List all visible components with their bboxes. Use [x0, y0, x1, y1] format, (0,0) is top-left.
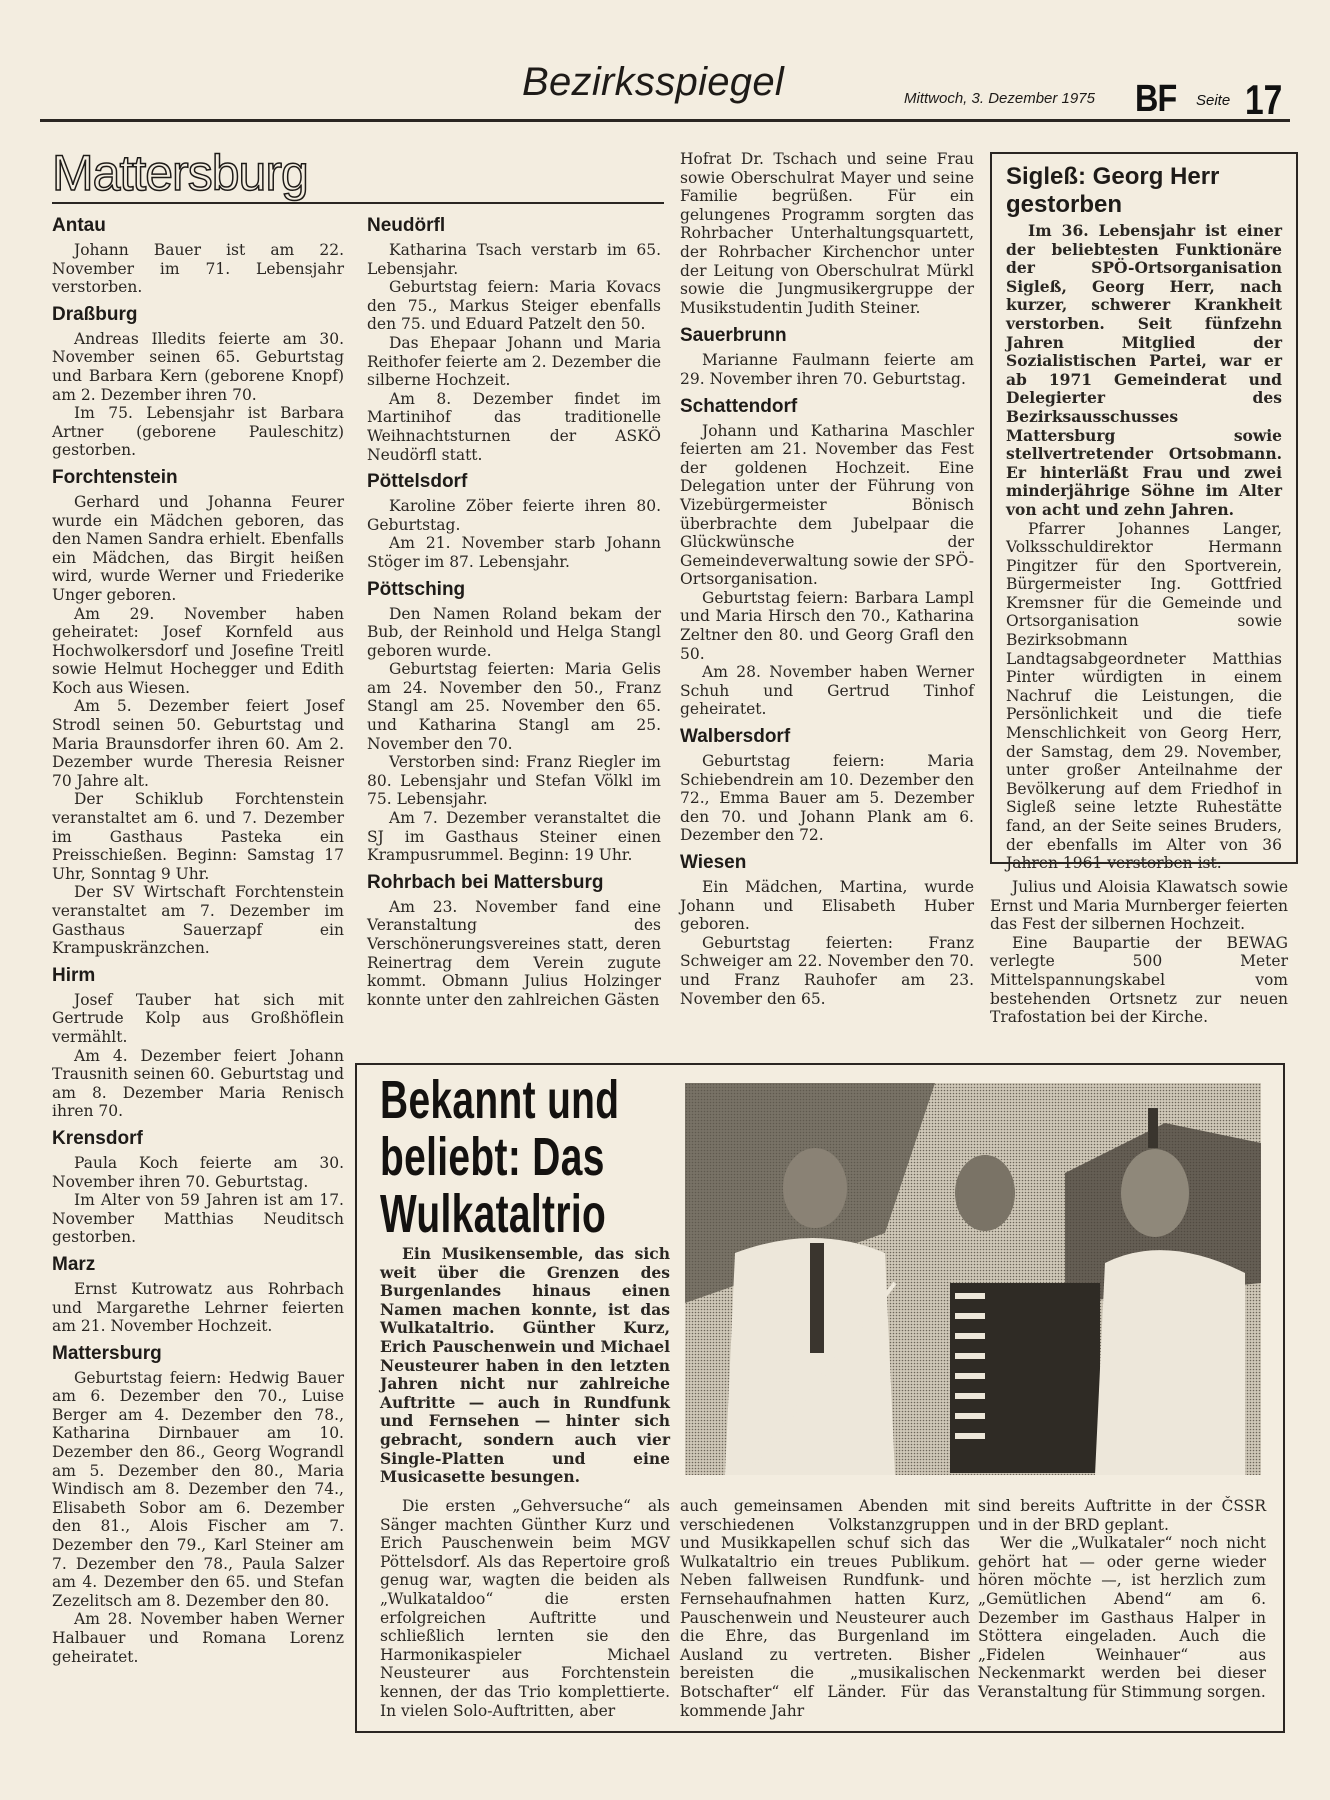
news-item: Den Namen Roland bekam der Bub, der Rein…: [367, 605, 661, 661]
news-item: Der SV Wirtschaft Forchtenstein veransta…: [52, 883, 344, 957]
place-heading: Wiesen: [680, 852, 974, 874]
paper-logo: BF: [1135, 78, 1176, 121]
news-item: Eine Baupartie der BEWAG verlegte 500 Me…: [990, 934, 1288, 1027]
place-heading: Pöttelsdorf: [367, 471, 661, 493]
place-heading: Pöttsching: [367, 579, 661, 601]
news-item: Im Alter von 59 Jahren ist am 17. Novemb…: [52, 1191, 344, 1247]
newspaper-section-title: Bezirksspiegel: [522, 60, 784, 105]
news-item: Andreas Illedits feierte am 30. November…: [52, 330, 344, 404]
place-heading: Rohrbach bei Mattersburg: [367, 872, 661, 894]
feature-body-col-3: sind bereits Auftritte in der ČSSR und i…: [978, 1497, 1266, 1702]
news-item: Ernst Kutrowatz aus Rohrbach und Margare…: [52, 1280, 344, 1336]
news-item: Geburtstag feiern: Barbara Lampl und Mar…: [680, 589, 974, 663]
section-rule: [52, 202, 664, 204]
photo-trio-icon: [685, 1083, 1261, 1475]
news-item: Katharina Tsach verstarb im 65. Lebensja…: [367, 241, 661, 278]
news-item: Gerhard und Johanna Feurer wurde ein Mäd…: [52, 493, 344, 605]
news-item: Am 4. Dezember feiert Johann Trausnith s…: [52, 1047, 344, 1121]
masthead: Bezirksspiegel Mittwoch, 3. Dezember 197…: [0, 0, 1330, 122]
news-item: Am 5. Dezember feiert Josef Strodl seine…: [52, 697, 344, 790]
feature-headline: Bekannt und beliebt: Das Wulkataltrio: [380, 1072, 697, 1243]
page-number: 17: [1245, 76, 1282, 124]
place-heading: Krensdorf: [52, 1128, 344, 1150]
news-item: Am 29. November haben geheiratet: Josef …: [52, 605, 344, 698]
news-item: Josef Tauber hat sich mit Gertrude Kolp …: [52, 991, 344, 1047]
news-item: Geburtstag feiern: Maria Schiebendrein a…: [680, 752, 974, 845]
news-item: Verstorben sind: Franz Riegler im 80. Le…: [367, 753, 661, 809]
news-item: Ein Mädchen, Martina, wurde Johann und E…: [680, 878, 974, 934]
feature-lead-text: Ein Musikensemble, das sich weit über di…: [380, 1245, 670, 1487]
obituary-text: Im 36. Lebensjahr ist einer der beliebte…: [1006, 222, 1282, 873]
news-item-continued: Hofrat Dr. Tschach und seine Frau sowie …: [680, 150, 974, 317]
news-item: Geburtstag feiern: Maria Kovacs den 75.,…: [367, 278, 661, 334]
place-heading: Marz: [52, 1254, 344, 1276]
feature-body: Wer die „Wulkataler“ noch nicht gehört h…: [978, 1534, 1266, 1701]
news-item: Geburtstag feiern: Hedwig Bauer am 6. De…: [52, 1369, 344, 1611]
news-item: Der Schiklub Forchtenstein veranstaltet …: [52, 790, 344, 883]
obituary-lead: Im 36. Lebensjahr ist einer der beliebte…: [1006, 222, 1282, 520]
obituary-headline: Sigleß: Georg Herr gestorben: [1006, 163, 1276, 219]
column-2: Neudörfl Katharina Tsach verstarb im 65.…: [367, 215, 661, 1009]
news-item: Johann und Katharina Maschler feierten a…: [680, 422, 974, 589]
news-item: Paula Koch feierte am 30. November ihren…: [52, 1154, 344, 1191]
place-heading: Hirm: [52, 965, 344, 987]
news-item: Im 75. Lebensjahr ist Barbara Artner (ge…: [52, 404, 344, 460]
news-item: Am 23. November fand eine Veranstaltung …: [367, 898, 661, 1010]
feature-body-col-1: Die ersten „Gehversuche“ als Sänger mach…: [380, 1497, 670, 1720]
feature-lead: Ein Musikensemble, das sich weit über di…: [380, 1245, 670, 1487]
section-logo: Mattersburg: [52, 148, 308, 198]
place-heading: Antau: [52, 215, 344, 237]
news-item: Johann Bauer ist am 22. November im 71. …: [52, 241, 344, 297]
place-heading: Schattendorf: [680, 396, 974, 418]
news-item: Geburtstag feierten: Franz Schweiger am …: [680, 934, 974, 1008]
news-item: Am 21. November starb Johann Stöger im 8…: [367, 534, 661, 571]
place-heading: Mattersburg: [52, 1343, 344, 1365]
news-item: Am 28. November haben Werner Halbauer un…: [52, 1610, 344, 1666]
news-item: Karoline Zöber feierte ihren 80. Geburts…: [367, 497, 661, 534]
news-item: Am 7. Dezember veranstaltet die SJ im Ga…: [367, 809, 661, 865]
place-heading: Neudörfl: [367, 215, 661, 237]
column-4-news: Julius und Aloisia Klawatsch sowie Ernst…: [990, 878, 1288, 1027]
feature-body: Die ersten „Gehversuche“ als Sänger mach…: [380, 1497, 670, 1720]
place-heading: Draßburg: [52, 304, 344, 326]
feature-body: sind bereits Auftritte in der ČSSR und i…: [978, 1497, 1266, 1534]
news-item: Am 28. November haben Werner Schuh und G…: [680, 663, 974, 719]
news-item: Marianne Faulmann feierte am 29. Novembe…: [680, 351, 974, 388]
place-heading: Walbersdorf: [680, 726, 974, 748]
column-1: Antau Johann Bauer ist am 22. November i…: [52, 215, 344, 1666]
place-heading: Sauerbrunn: [680, 325, 974, 347]
issue-date: Mittwoch, 3. Dezember 1975: [904, 90, 1095, 107]
page-label: Seite: [1196, 92, 1230, 109]
column-3: Hofrat Dr. Tschach und seine Frau sowie …: [680, 150, 974, 1008]
news-item: Am 8. Dezember findet im Martinihof das …: [367, 390, 661, 464]
obituary-body: Pfarrer Johannes Langer, Volksschuldirek…: [1006, 520, 1282, 873]
news-item: Das Ehepaar Johann und Maria Reithofer f…: [367, 334, 661, 390]
feature-body-col-2: auch gemeinsamen Abenden mit verschieden…: [680, 1497, 970, 1720]
news-item: Julius und Aloisia Klawatsch sowie Ernst…: [990, 878, 1288, 934]
masthead-rule: [40, 119, 1290, 122]
place-heading: Forchtenstein: [52, 467, 344, 489]
feature-photo: [685, 1083, 1261, 1475]
feature-body: auch gemeinsamen Abenden mit verschieden…: [680, 1497, 970, 1720]
news-item: Geburtstag feierten: Maria Gelis am 24. …: [367, 660, 661, 753]
